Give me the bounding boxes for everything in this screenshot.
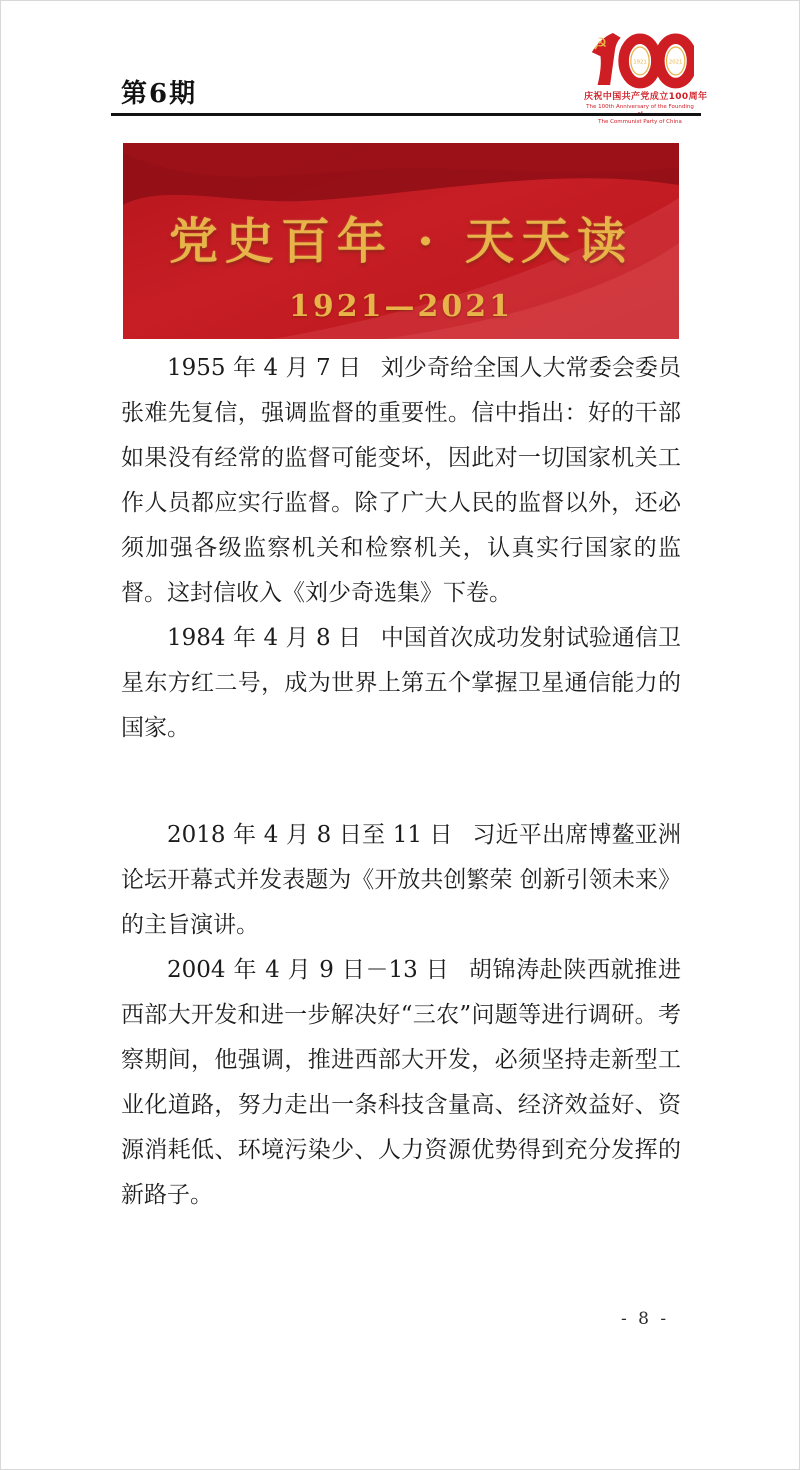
paragraph-1984-date: 1984 年 4 月 8 日 — [167, 625, 361, 651]
paragraph-2004-text: 胡锦涛赴陕西就推进西部大开发和进一步解决好“三农”问题等进行调研。考察期间，他强… — [121, 957, 681, 1208]
banner-image: 党史百年 · 天天读 1921—2021 — [123, 143, 679, 339]
header-divider — [111, 113, 701, 116]
article-body: 1955 年 4 月 7 日刘少奇给全国人大常委会委员张难先复信，强调监督的重要… — [121, 346, 681, 1218]
paragraph-1984: 1984 年 4 月 8 日中国首次成功发射试验通信卫星东方红二号，成为世界上第… — [121, 616, 681, 751]
paragraph-2018-date: 2018 年 4 月 8 日至 11 日 — [167, 822, 453, 848]
paragraph-2004-date: 2004 年 4 月 9 日－13 日 — [167, 957, 449, 983]
logo-tagline-cn: 庆祝中国共产党成立100周年 — [584, 93, 696, 102]
paragraph-1955-text: 刘少奇给全国人大常委会委员张难先复信，强调监督的重要性。信中指出：好的干部如果没… — [121, 355, 681, 606]
svg-text:1921: 1921 — [633, 59, 646, 65]
logo-tagline-en-line1: The 100th Anniversary of the Founding of — [584, 104, 696, 119]
issue-label: 第6期 — [121, 73, 197, 110]
banner-years: 1921—2021 — [123, 289, 679, 324]
paragraph-1955-date: 1955 年 4 月 7 日 — [167, 355, 361, 381]
logo-100-icon: ☭ 1921 2021 — [586, 29, 694, 89]
logo-tagline-en-line2: The Communist Party of China — [584, 119, 696, 126]
paragraph-2004: 2004 年 4 月 9 日－13 日胡锦涛赴陕西就推进西部大开发和进一步解决好… — [121, 948, 681, 1218]
banner-title: 党史百年 · 天天读 — [123, 203, 679, 273]
page-number: - 8 - — [621, 1309, 669, 1329]
anniversary-logo: ☭ 1921 2021 庆祝中国共产党成立100周年 The 100th Ann… — [584, 29, 696, 126]
svg-text:☭: ☭ — [593, 34, 608, 53]
paragraph-2018: 2018 年 4 月 8 日至 11 日习近平出席博鳌亚洲论坛开幕式并发表题为《… — [121, 813, 681, 948]
paragraph-1955: 1955 年 4 月 7 日刘少奇给全国人大常委会委员张难先复信，强调监督的重要… — [121, 346, 681, 616]
document-page: 第6期 ☭ 1921 2021 庆祝中国共产党成立100周年 The 100th… — [0, 0, 800, 1470]
svg-text:2021: 2021 — [669, 59, 682, 65]
